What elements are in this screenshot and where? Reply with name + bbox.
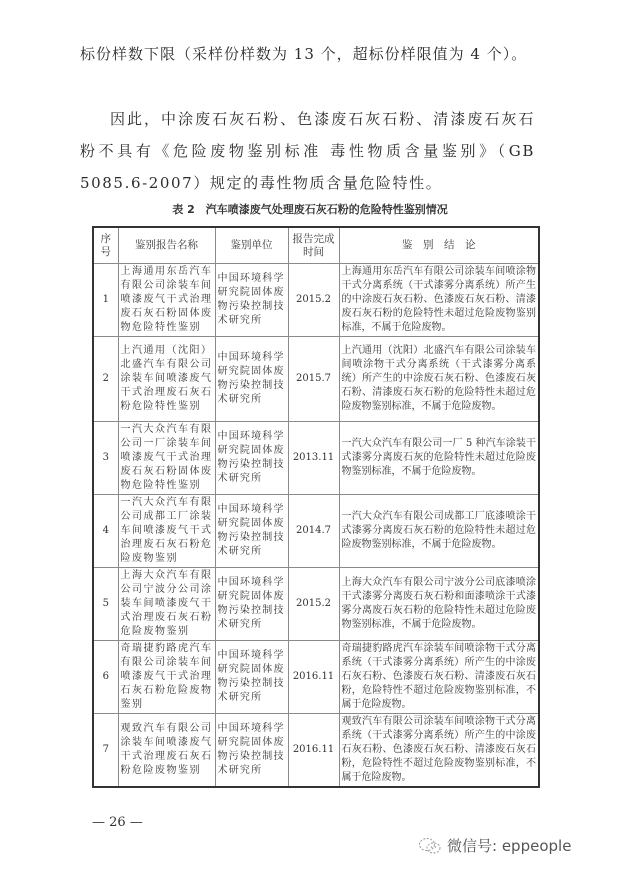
cell-conclusion: 奇瑞捷豹路虎汽车涂装车间喷涂物干式分离系统（干式漆雾分离系统）所产生的中涂废石灰… bbox=[339, 641, 539, 714]
cell-report-name: 上海大众汽车有限公司宁波分公司涂装车间喷漆废气干式治理废石灰石粉危险废物鉴别 bbox=[118, 568, 215, 641]
table-row: 3 一汽大众汽车有限公司一厂涂装车间喷漆废气干式治理废石灰石粉固体废物危险特性鉴… bbox=[93, 422, 539, 495]
cell-no: 4 bbox=[93, 495, 118, 568]
cell-date: 2016.11 bbox=[288, 641, 339, 714]
cell-report-name: 上海通用东岳汽车有限公司涂装车间喷漆废气干式治理废石灰石粉固体废物危险特性鉴别 bbox=[118, 264, 215, 337]
cell-conclusion: 一汽大众汽车有限公司成都工厂底漆喷涂干式漆雾分离废石灰石粉的危险特性未超过危险废… bbox=[339, 495, 539, 568]
cell-conclusion: 上海大众汽车有限公司宁波分公司底漆喷涂干式漆雾分离废石灰石粉和面漆喷涂干式漆雾分… bbox=[339, 568, 539, 641]
cell-conclusion: 上海通用东岳汽车有限公司涂装车间喷涂物干式分离系统（干式漆雾分离系统）所产生的中… bbox=[339, 264, 539, 337]
table-row: 6 奇瑞捷豹路虎汽车有限公司涂装车间喷漆废气干式治理石灰石粉危险废物鉴别 中国环… bbox=[93, 641, 539, 714]
cell-unit: 中国环境科学研究院固体废物污染控制技术研究所 bbox=[215, 422, 288, 495]
table-row: 4 一汽大众汽车有限公司成都工厂涂装车间喷漆废气干式治理废石灰石粉危险废物鉴别 … bbox=[93, 495, 539, 568]
watermark-text: 微信号: eppeople bbox=[447, 835, 571, 856]
header-unit: 鉴别单位 bbox=[215, 227, 288, 264]
cell-date: 2015.2 bbox=[288, 568, 339, 641]
header-date: 报告完成时间 bbox=[288, 227, 339, 264]
cell-unit: 中国环境科学研究院固体废物污染控制技术研究所 bbox=[215, 495, 288, 568]
cell-no: 1 bbox=[93, 264, 118, 337]
table-row: 2 上汽通用（沈阳）北盛汽车有限公司涂装车间喷漆废气干式治理废石灰石粉危险特性鉴… bbox=[93, 337, 539, 422]
cell-unit: 中国环境科学研究院固体废物污染控制技术研究所 bbox=[215, 337, 288, 422]
cell-report-name: 奇瑞捷豹路虎汽车有限公司涂装车间喷漆废气干式治理石灰石粉危险废物鉴别 bbox=[118, 641, 215, 714]
cell-report-name: 上汽通用（沈阳）北盛汽车有限公司涂装车间喷漆废气干式治理废石灰石粉危险特性鉴别 bbox=[118, 337, 215, 422]
cell-no: 5 bbox=[93, 568, 118, 641]
table-caption: 表 2 汽车喷漆废气处理废石灰石粉的危险特性鉴别情况 bbox=[0, 201, 620, 217]
cell-no: 2 bbox=[93, 337, 118, 422]
table-row: 5 上海大众汽车有限公司宁波分公司涂装车间喷漆废气干式治理废石灰石粉危险废物鉴别… bbox=[93, 568, 539, 641]
cell-conclusion: 上汽通用（沈阳）北盛汽车有限公司涂装车间喷涂物干式分离系统（干式漆雾分离系统）所… bbox=[339, 337, 539, 422]
cell-conclusion: 一汽大众汽车有限公司一厂 5 种汽车涂装干式漆雾分离废石灰的危险特性未超过危险废… bbox=[339, 422, 539, 495]
table-row: 7 观致汽车有限公司涂装车间喷漆废气干式治理废石灰石粉危险废物鉴别 中国环境科学… bbox=[93, 714, 539, 788]
wechat-icon bbox=[418, 837, 442, 855]
table-header-row: 序号 鉴别报告名称 鉴别单位 报告完成时间 鉴 别 结 论 bbox=[93, 227, 539, 264]
cell-no: 7 bbox=[93, 714, 118, 788]
cell-date: 2015.2 bbox=[288, 264, 339, 337]
cell-date: 2015.7 bbox=[288, 337, 339, 422]
identification-table: 序号 鉴别报告名称 鉴别单位 报告完成时间 鉴 别 结 论 1 上海通用东岳汽车… bbox=[92, 226, 540, 788]
cell-report-name: 一汽大众汽车有限公司一厂涂装车间喷漆废气干式治理废石灰石粉固体废物危险特性鉴别 bbox=[118, 422, 215, 495]
cell-unit: 中国环境科学研究院固体废物污染控制技术研究所 bbox=[215, 641, 288, 714]
cell-unit: 中国环境科学研究院固体废物污染控制技术研究所 bbox=[215, 264, 288, 337]
cell-report-name: 观致汽车有限公司涂装车间喷漆废气干式治理废石灰石粉危险废物鉴别 bbox=[118, 714, 215, 788]
table-row: 1 上海通用东岳汽车有限公司涂装车间喷漆废气干式治理废石灰石粉固体废物危险特性鉴… bbox=[93, 264, 539, 337]
header-report-name: 鉴别报告名称 bbox=[118, 227, 215, 264]
header-conclusion: 鉴 别 结 论 bbox=[339, 227, 539, 264]
page-number: — 26 — bbox=[92, 815, 143, 830]
wechat-watermark: 微信号: eppeople bbox=[418, 835, 571, 856]
cell-no: 6 bbox=[93, 641, 118, 714]
cell-date: 2013.11 bbox=[288, 422, 339, 495]
cell-unit: 中国环境科学研究院固体废物污染控制技术研究所 bbox=[215, 714, 288, 788]
cell-conclusion: 观致汽车有限公司涂装车间喷涂物干式分离系统（干式漆雾分离系统）所产生的中涂废石灰… bbox=[339, 714, 539, 788]
header-no: 序号 bbox=[93, 227, 118, 264]
cell-no: 3 bbox=[93, 422, 118, 495]
cell-report-name: 一汽大众汽车有限公司成都工厂涂装车间喷漆废气干式治理废石灰石粉危险废物鉴别 bbox=[118, 495, 215, 568]
cell-unit: 中国环境科学研究院固体废物污染控制技术研究所 bbox=[215, 568, 288, 641]
body-paragraph-1: 标份样数下限（采样份样数为 13 个，超标份样限值为 4 个）。 bbox=[80, 38, 535, 70]
cell-date: 2016.11 bbox=[288, 714, 339, 788]
cell-date: 2014.7 bbox=[288, 495, 339, 568]
body-paragraph-2: 因此，中涂废石灰石粉、色漆废石灰石粉、清漆废石灰石粉不具有《危险废物鉴别标准 毒… bbox=[80, 103, 535, 199]
